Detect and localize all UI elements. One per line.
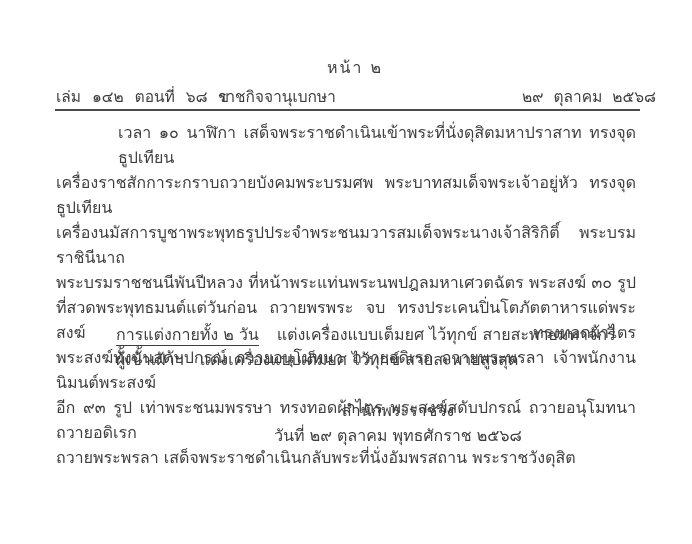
header-divider [55,109,640,111]
attendees-dress-text: แต่งเครื่องแบบเต็มยศ ไว้ทุกข์ สายสะพายสู… [200,350,519,369]
issue-date: วันที่ ๒๙ ตุลาคม พุทธศักราช ๒๕๖๘ [248,423,548,448]
dress-code-row: ผู้เข้าเฝ้าฯแต่งเครื่องแบบเต็มยศ ไว้ทุกข… [56,347,636,372]
gazette-title: ราชกิจจานุเบกษา [218,84,336,109]
body-line: ถวายพระพรลา เสด็จพระราชดำเนินกลับพระที่น… [56,445,636,470]
body-line: เวลา ๑๐ นาฬิกา เสด็จพระราชดำเนินเข้าพระท… [56,120,636,170]
dress-code-heading: การแต่งกายทั้ง ๒ วัน [116,325,259,346]
dress-code-officials-text: แต่งเครื่องแบบเต็มยศ ไว้ทุกข์ สายสะพายมห… [277,325,616,344]
page-number: หน้า ๒ [0,56,692,81]
issuing-agency: สำนักพระราชวัง [248,398,548,423]
volume-issue-label: เล่ม ๑๔๒ ตอนที่ ๖๘ ข [56,84,229,109]
body-line: พระบรมราชชนนีพันปีหลวง ที่หน้าพระแท่นพระ… [56,270,636,295]
dress-code-section: การแต่งกายทั้ง ๒ วันแต่งเครื่องแบบเต็มยศ… [56,322,636,372]
body-line: เครื่องนมัสการบูชาพระพุทธรูปประจำพระชนมว… [56,220,636,270]
dress-code-row: การแต่งกายทั้ง ๒ วันแต่งเครื่องแบบเต็มยศ… [56,322,636,347]
header-date: ๒๙ ตุลาคม ๒๕๖๘ [522,84,656,109]
body-line: เครื่องราชสักการะกราบถวายบังคมพระบรมศพ พ… [56,170,636,220]
document-footer: สำนักพระราชวัง วันที่ ๒๙ ตุลาคม พุทธศักร… [248,398,548,448]
gazette-page: หน้า ๒ เล่ม ๑๔๒ ตอนที่ ๖๘ ข ราชกิจจานุเบ… [0,0,692,544]
attendees-label: ผู้เข้าเฝ้าฯ [116,350,184,369]
gazette-header: เล่ม ๑๔๒ ตอนที่ ๖๘ ข ราชกิจจานุเบกษา ๒๙ … [56,84,640,106]
